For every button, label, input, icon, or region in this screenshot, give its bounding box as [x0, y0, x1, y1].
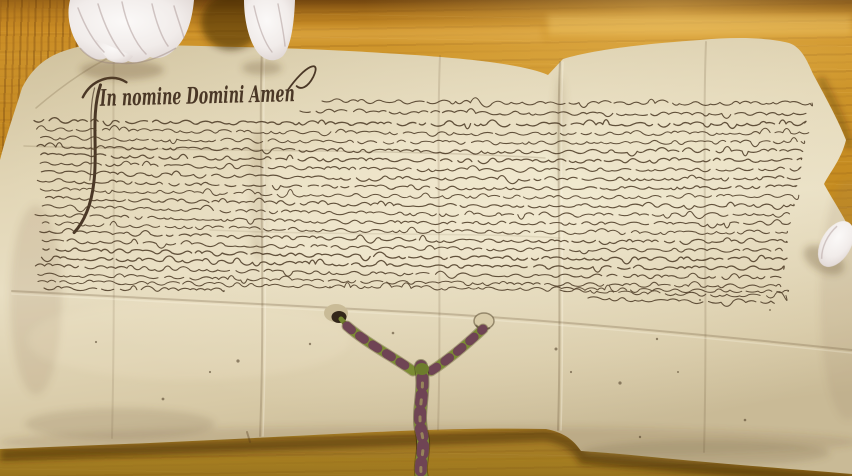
parchment-photo: In nomine Domini Amen — [0, 0, 852, 476]
wood-grain-highlights — [280, 15, 852, 41]
cord-knot — [415, 363, 429, 375]
heading-text: In nomine Domini Amen — [99, 80, 295, 112]
photo-scene: In nomine Domini Amen — [0, 0, 852, 476]
